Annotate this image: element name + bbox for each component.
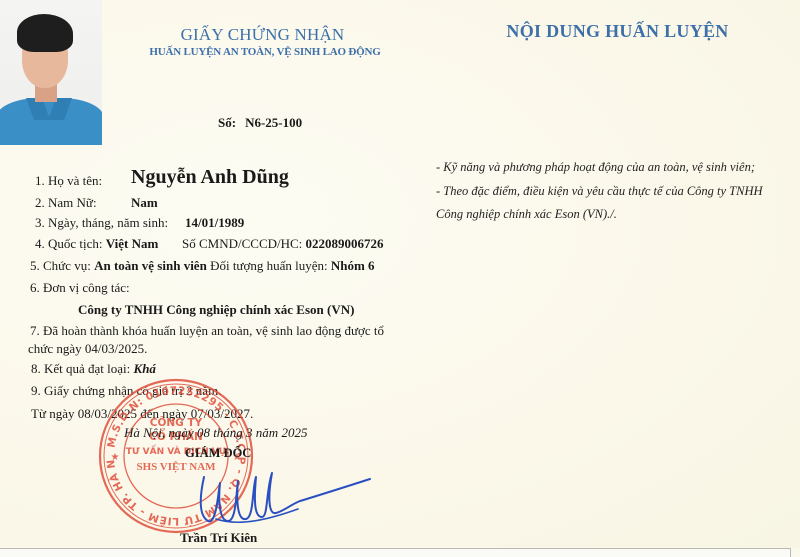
nationality-value: Việt Nam: [106, 236, 159, 251]
position-value: An toàn vệ sinh viên: [94, 258, 207, 273]
workplace-value: Công ty TNHH Công nghiệp chính xác Eson …: [78, 302, 354, 318]
position-row: 5. Chức vụ: An toàn vệ sinh viên Đối tượ…: [30, 258, 375, 274]
dob-value: 14/01/1989: [185, 215, 244, 231]
position-label: 5. Chức vụ:: [30, 258, 91, 273]
dob-label: 3. Ngày, tháng, năm sinh:: [35, 215, 168, 231]
gender-label: 2. Nam Nữ:: [35, 195, 97, 211]
director-title: GIÁM ĐỐC: [185, 446, 251, 461]
training-content-line-3: Công nghiệp chính xác Eson (VN)./.: [436, 207, 617, 222]
completed-line-2: chức ngày 04/03/2025.: [28, 341, 147, 357]
cert-number-value: N6-25-100: [245, 115, 302, 130]
training-content-title: NỘI DUNG HUẤN LUYỆN: [470, 21, 765, 42]
id-row: Số CMND/CCCD/HC: 022089006726: [182, 236, 384, 252]
nationality-row: 4. Quốc tịch: Việt Nam: [35, 236, 158, 252]
group-label: Đối tượng huấn luyện:: [210, 258, 328, 273]
result-value: Khá: [134, 361, 156, 376]
photo-shirt: [0, 98, 102, 145]
name-label: 1. Họ và tên:: [35, 173, 102, 189]
group-value: Nhóm 6: [331, 258, 375, 273]
paper-bottom-edge: [0, 548, 791, 557]
gender-value: Nam: [131, 195, 158, 211]
certificate-paper: [0, 0, 800, 548]
result-row: 8. Kết quả đạt loại: Khá: [31, 361, 156, 377]
certificate-number: Số:N6-25-100: [218, 115, 302, 131]
certificate-subtitle: HUẤN LUYỆN AN TOÀN, VỆ SINH LAO ĐỘNG: [140, 46, 390, 58]
validity-line: 9. Giấy chứng nhận có giá trị 2 năm.: [31, 383, 221, 399]
name-value: Nguyễn Anh Dũng: [131, 166, 289, 189]
signing-place-date: Hà Nội, ngày 08 tháng 3 năm 2025: [124, 425, 307, 441]
result-label: 8. Kết quả đạt loại:: [31, 361, 130, 376]
id-value: 022089006726: [306, 236, 384, 251]
cert-number-label: Số:: [218, 115, 236, 130]
portrait-photo: [0, 0, 102, 145]
completed-line-1: 7. Đã hoàn thành khóa huấn luyện an toàn…: [30, 323, 384, 339]
training-content-line-2: - Theo đặc điểm, điều kiện và yêu cầu th…: [436, 184, 763, 199]
signer-name: Trần Trí Kiên: [180, 530, 257, 546]
workplace-label: 6. Đơn vị công tác:: [30, 280, 130, 296]
validity-range: Từ ngày 08/03/2025 đến ngày 07/03/2027.: [31, 406, 253, 422]
certificate-title: GIẤY CHỨNG NHẬN: [150, 25, 375, 45]
nationality-label: 4. Quốc tịch:: [35, 236, 103, 251]
training-content-line-1: - Kỹ năng và phương pháp hoạt động của a…: [436, 160, 755, 175]
id-label: Số CMND/CCCD/HC:: [182, 236, 302, 251]
